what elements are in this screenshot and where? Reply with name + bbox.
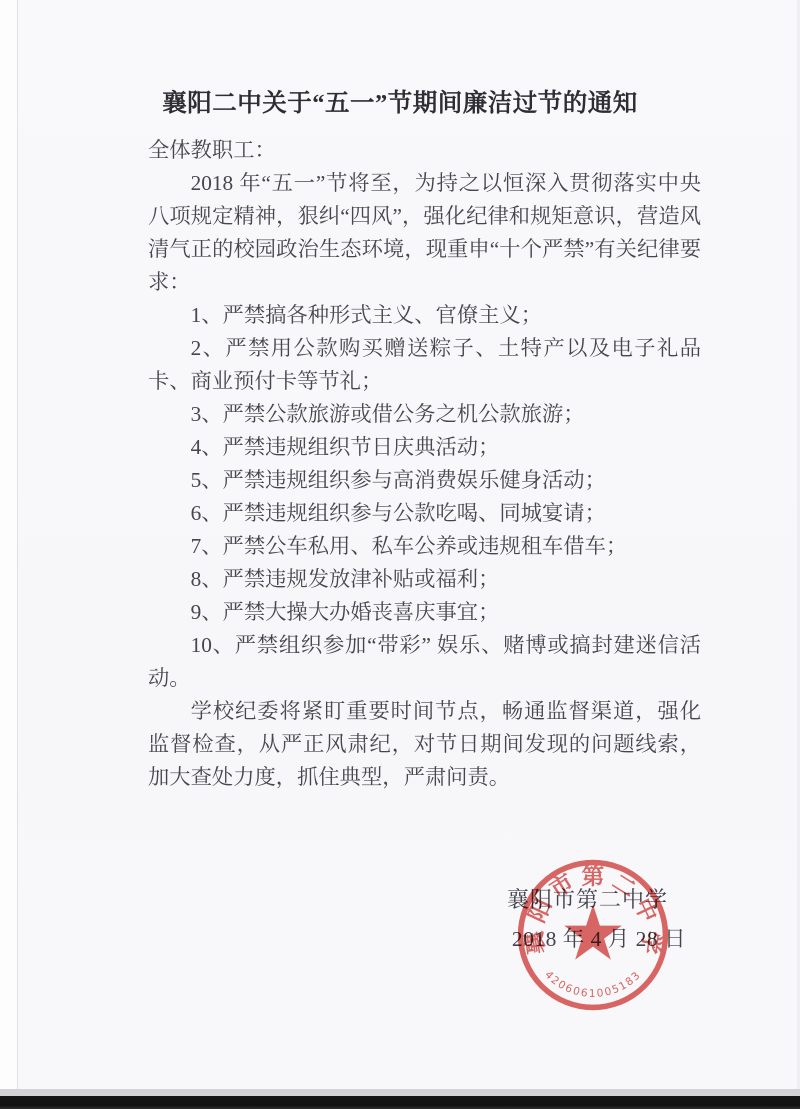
prohibition-item-8: 8、严禁违规发放津补贴或福利；: [148, 563, 701, 596]
scan-edge-left: [0, 0, 18, 1091]
closing-paragraph: 学校纪委将紧盯重要时间节点，畅通监督渠道，强化监督检查，从严正风肃纪，对节日期间…: [148, 695, 701, 794]
prohibition-item-10: 10、严禁组织参加“带彩” 娱乐、赌博或搞封建迷信活动。: [148, 629, 701, 695]
scan-edge-bottom-black: [0, 1096, 800, 1109]
scan-edge-bottom-gray: [0, 1089, 800, 1096]
prohibition-item-6: 6、严禁违规组织参与公款吃喝、同城宴请；: [148, 497, 701, 530]
prohibition-item-3: 3、严禁公款旅游或借公务之机公款旅游；: [148, 398, 701, 431]
official-seal: 襄阳市第二中学 4206061005183: [515, 857, 671, 1013]
intro-paragraph: 2018 年“五一”节将至，为持之以恒深入贯彻落实中央八项规定精神，狠纠“四风”…: [148, 167, 701, 299]
scanned-notice-page: 襄阳二中关于“五一”节期间廉洁过节的通知 全体教职工： 2018 年“五一”节将…: [0, 0, 800, 1109]
prohibition-item-5: 5、严禁违规组织参与高消费娱乐健身活动；: [148, 464, 701, 497]
notice-title: 襄阳二中关于“五一”节期间廉洁过节的通知: [0, 89, 800, 119]
notice-body: 全体教职工： 2018 年“五一”节将至，为持之以恒深入贯彻落实中央八项规定精神…: [148, 134, 701, 794]
prohibition-item-1: 1、严禁搞各种形式主义、官僚主义；: [148, 299, 701, 332]
prohibition-item-4: 4、严禁违规组织节日庆典活动；: [148, 431, 701, 464]
prohibition-item-9: 9、严禁大操大办婚丧喜庆事宜；: [148, 596, 701, 629]
salutation: 全体教职工：: [148, 134, 701, 167]
prohibition-item-2: 2、严禁用公款购买赠送粽子、土特产以及电子礼品卡、商业预付卡等节礼；: [148, 332, 701, 398]
seal-star-icon: [564, 905, 622, 960]
prohibition-item-7: 7、严禁公车私用、私车公养或违规租车借车；: [148, 530, 701, 563]
